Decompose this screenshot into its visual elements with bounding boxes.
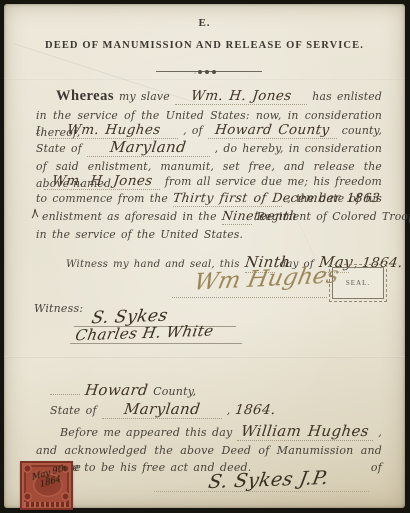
printed-text: from all service due me; his freedom xyxy=(165,173,382,190)
form-letter: E. xyxy=(4,17,405,29)
printed-text: State of xyxy=(50,402,97,419)
printed-text: my slave xyxy=(119,88,170,105)
handwritten-county: Howard xyxy=(84,382,149,399)
stamp-corner-medallion xyxy=(23,464,32,473)
body-line-8: enlistment as aforesaid in the Nineteent… xyxy=(42,208,382,225)
margin-pen-mark xyxy=(31,208,39,220)
printed-text: County, xyxy=(153,383,196,400)
county-line: Howard County, xyxy=(50,382,280,400)
printed-text: I, xyxy=(36,122,44,139)
printed-text: to commence from the xyxy=(36,190,168,207)
stamp-corner-medallion xyxy=(61,492,70,501)
body-line-6: Wm. H. Jones from all service due me; hi… xyxy=(36,173,382,190)
seal-label: SEAL. xyxy=(346,279,370,287)
revenue-stamp: May 9th 1864 xyxy=(20,461,73,510)
handwritten-fill-slave-name: Wm. H. Jones xyxy=(175,89,307,105)
printed-text: has enlisted xyxy=(312,88,382,105)
paper-fold-line xyxy=(4,356,405,358)
body-line-9: in the service of the United States. xyxy=(36,226,382,243)
handwritten-fill-slave-name: Wm. H. Jones xyxy=(44,174,160,190)
witness-label: Witness: xyxy=(34,300,83,317)
document-scan: E. DEED OF MANUMISSION AND RELEASE OF SE… xyxy=(0,0,410,513)
signature-line xyxy=(154,491,369,492)
handwritten-state: Maryland xyxy=(102,402,222,419)
title-divider xyxy=(156,71,262,72)
signature-line xyxy=(70,343,242,344)
printed-text: , do hereby, in consideration xyxy=(215,140,382,157)
printed-text: Before me appeared this day xyxy=(60,424,232,441)
handwritten-appeared-name: William Hughes xyxy=(237,424,373,441)
paper-sheet: E. DEED OF MANUMISSION AND RELEASE OF SE… xyxy=(4,4,405,508)
dotted-line xyxy=(50,394,80,395)
handwritten-fill-regiment: Nineteenth xyxy=(222,208,252,225)
document-title: DEED OF MANUMISSION AND RELEASE OF SERVI… xyxy=(4,40,405,51)
seal-box: SEAL. xyxy=(332,267,384,299)
printed-text: county, xyxy=(342,122,382,139)
printed-text: State of xyxy=(36,140,82,157)
paper-crease xyxy=(4,78,405,80)
printed-text: , xyxy=(227,402,231,419)
state-line: State of Maryland , 1864. xyxy=(50,402,300,419)
handwritten-year: 1864. xyxy=(234,402,277,419)
signature-line xyxy=(172,297,327,298)
handwritten-fill-owner-name: Wm. Hughes xyxy=(49,123,178,139)
printed-text: , of xyxy=(183,122,203,139)
handwritten-fill-county: Howard County xyxy=(208,123,337,139)
body-line-4: State of Maryland , do hereby, in consid… xyxy=(36,140,382,157)
handwritten-fill-date: Thirty first of December 1863 xyxy=(173,190,282,207)
whereas-word: Whereas xyxy=(56,88,114,105)
witness-signature-2: Charles H. White xyxy=(74,322,215,345)
stamp-bottom-band xyxy=(24,502,69,507)
acknowledgment-line-1: Before me appeared this day William Hugh… xyxy=(60,424,382,441)
handwritten-fill-state: Maryland xyxy=(87,140,210,157)
printed-text: , xyxy=(378,424,382,441)
body-line-3: I, Wm. Hughes , of Howard County county, xyxy=(36,122,382,139)
printed-text: enlistment as aforesaid in the xyxy=(42,208,217,225)
justice-signature: S. Sykes J.P. xyxy=(207,467,331,493)
body-line-7: to commence from the Thirty first of Dec… xyxy=(36,190,382,207)
body-line-1: Whereas my slave Wm. H. Jones has enlist… xyxy=(36,88,382,105)
